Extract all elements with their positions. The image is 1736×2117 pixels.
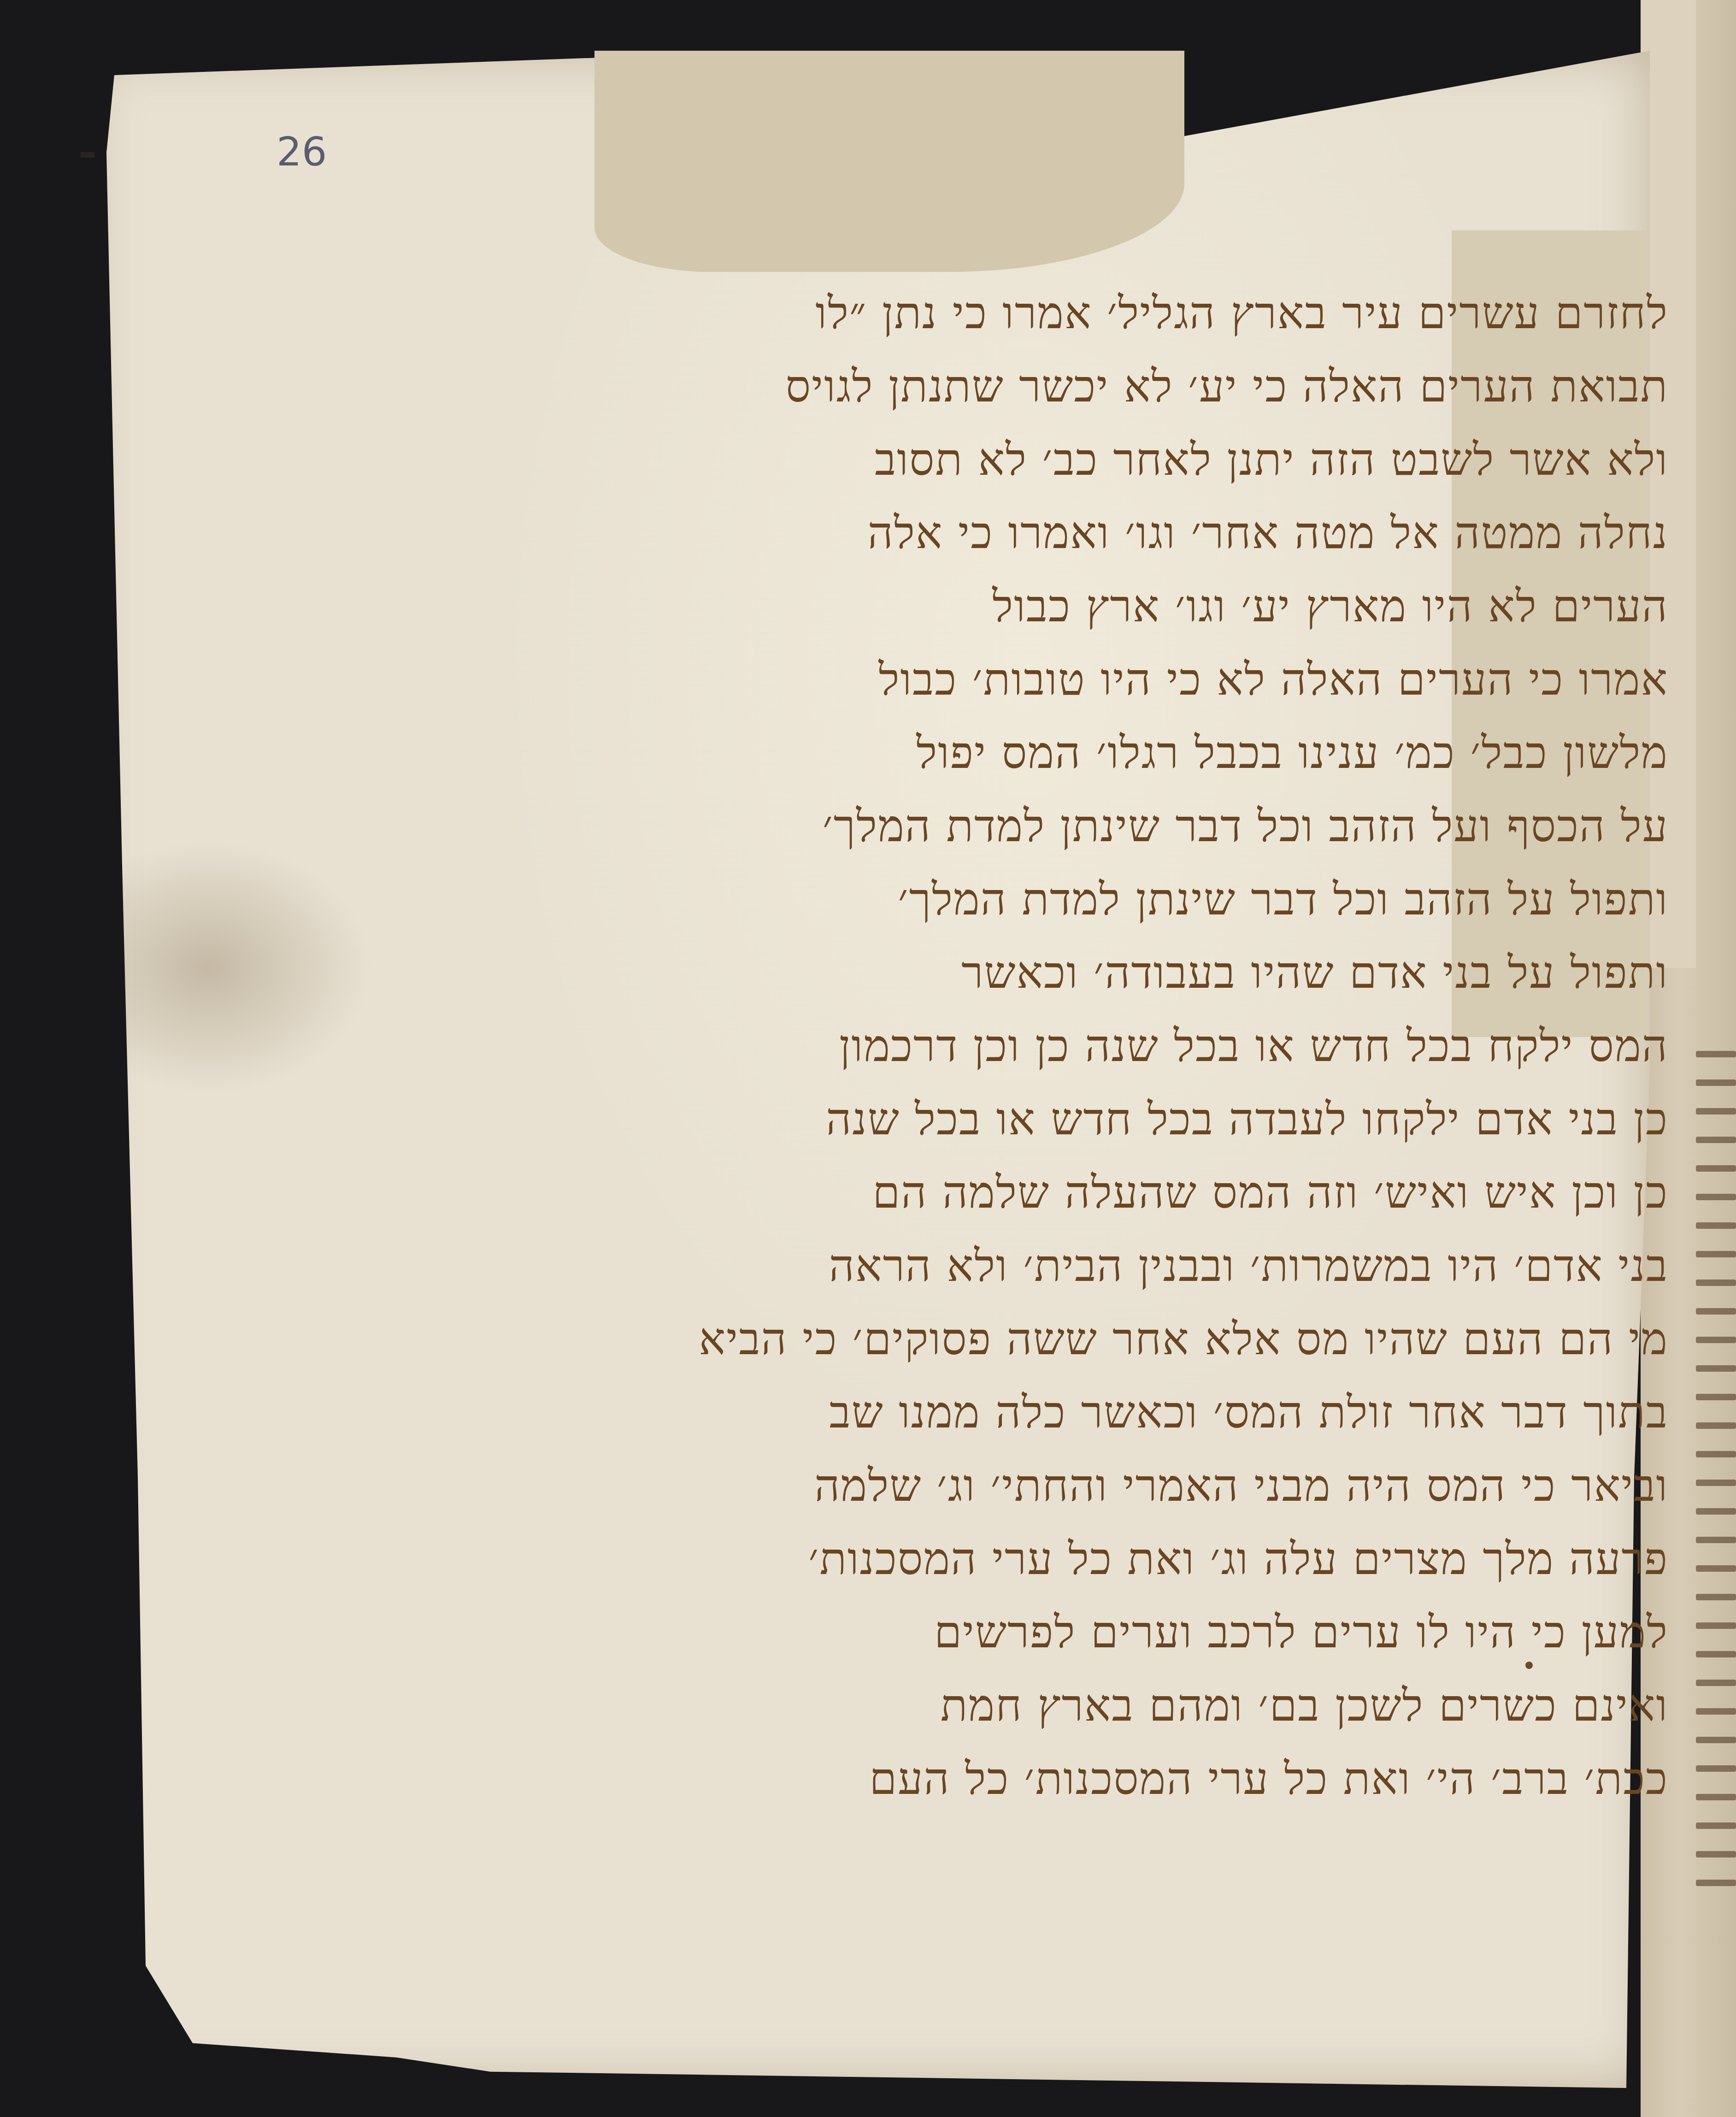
text-line: ככת׳ ברב׳ הי׳ ואת כל ערי המסכנות׳ כל העם bbox=[318, 1742, 1668, 1816]
torn-top-area bbox=[594, 51, 1184, 272]
text-line: כן בני אדם ילקחו לעבדה בכל חדש או בכל שנ… bbox=[318, 1083, 1668, 1156]
text-line: למען כי היו לו ערים לרכב וערים לפרשים bbox=[318, 1596, 1668, 1669]
text-line: המס ילקח בכל חדש או בכל שנה כן וכן דרכמו… bbox=[318, 1009, 1668, 1083]
text-line: נחלה ממטה אל מטה אחר׳ וגו׳ ואמרו כי אלה bbox=[318, 496, 1668, 570]
text-line: פרעה מלך מצרים עלה וג׳ ואת כל ערי המסכנו… bbox=[318, 1522, 1668, 1596]
text-line: לחזרם עשרים עיר בארץ הגליל׳ אמרו כי נתן … bbox=[318, 277, 1668, 350]
manuscript-text-block: לחזרם עשרים עיר בארץ הגליל׳ אמרו כי נתן … bbox=[318, 277, 1668, 1816]
text-line: בתוך דבר אחר זולת המס׳ וכאשר כלה ממנו שב bbox=[318, 1376, 1668, 1449]
edge-mark bbox=[81, 152, 94, 158]
text-line: כן וכן איש ואיש׳ וזה המס שהעלה שלמה הם bbox=[318, 1156, 1668, 1229]
text-line: על הכסף ועל הזהב וכל דבר שינתן למדת המלך… bbox=[318, 790, 1668, 863]
text-line: ולא אשר לשבט הזה יתנן לאחר כב׳ לא תסוב bbox=[318, 423, 1668, 496]
text-line: מלשון כבל׳ כמ׳ ענינו בכבל רגלו׳ המס יפול bbox=[318, 716, 1668, 790]
text-line: הערים לא היו מארץ יע׳ וגו׳ ארץ כבול bbox=[318, 570, 1668, 643]
facing-page-text bbox=[1696, 1051, 1736, 1927]
text-line: וביאר כי המס היה מבני האמרי והחתי׳ וג׳ ש… bbox=[318, 1449, 1668, 1522]
text-line: תבואת הערים האלה כי יע׳ לא יכשר שתנתן לג… bbox=[318, 350, 1668, 423]
text-line: מי הם העם שהיו מס אלא אחר ששה פסוקים׳ כי… bbox=[318, 1303, 1668, 1376]
text-line: אמרו כי הערים האלה לא כי היו טובות׳ כבול bbox=[318, 643, 1668, 716]
text-line: ותפול על בני אדם שהיו בעבודה׳ וכאשר bbox=[318, 936, 1668, 1009]
text-line: ואינם כשרים לשכן בם׳ ומהם בארץ חמת bbox=[318, 1669, 1668, 1742]
folio-number: 26 bbox=[277, 129, 327, 175]
text-line: ותפול על הזהב וכל דבר שינתן למדת המלך׳ bbox=[318, 863, 1668, 936]
text-line: בני אדם׳ היו במשמרות׳ ובבנין הבית׳ ולא ה… bbox=[318, 1229, 1668, 1303]
